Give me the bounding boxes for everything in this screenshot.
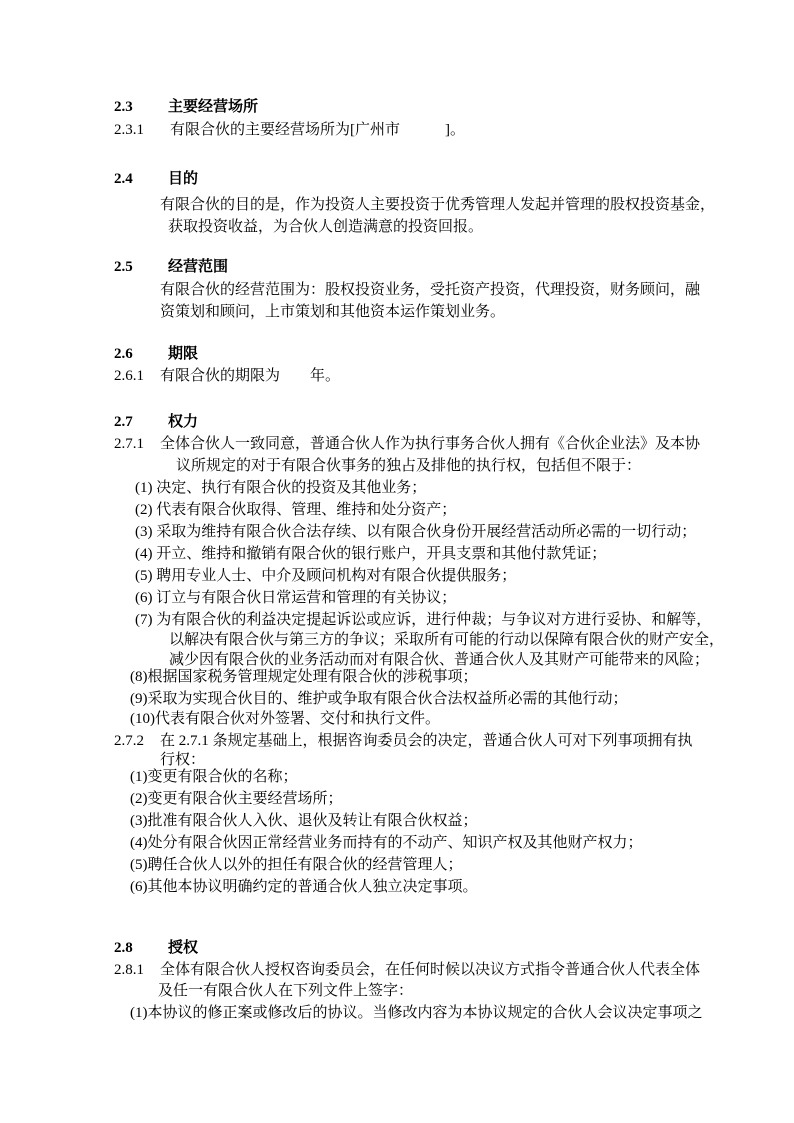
section-number: 2.6 (114, 343, 168, 365)
list-item-2-7-1-10: (10)代表有限合伙对外签署、交付和执行文件。 (130, 708, 440, 730)
list-item-2-8-1-1: (1)本协议的修正案或修改后的协议。当修改内容为本协议规定的合伙人会议决定事项之 (130, 1002, 703, 1024)
list-item-2-7-2-5: (5)聘任合伙人以外的担任有限合伙的经营管理人； (130, 854, 463, 876)
list-item-2-7-1-7-line-2: 以解决有限合伙与第三方的争议；采取所有可能的行动以保障有限合伙的财产安全， (169, 629, 724, 651)
list-item-2-7-1-4: (4) 开立、维持和撤销有限合伙的银行账户，开具支票和其他付款凭证； (135, 543, 606, 565)
paragraph-2-4-line-1: 有限合伙的目的是，作为投资人主要投资于优秀管理人发起并管理的股权投资基金， (160, 194, 715, 216)
clause-2-8-1: 2.8.1全体有限合伙人授权咨询委员会，在任何时候以决议方式指令普通合伙人代表全… (114, 959, 700, 981)
section-2-6-heading: 2.6期限 (114, 343, 198, 365)
section-2-3-heading: 2.3主要经营场所 (114, 96, 258, 118)
section-2-4-heading: 2.4目的 (114, 168, 198, 190)
clause-2-7-1: 2.7.1全体合伙人一致同意，普通合伙人作为执行事务合伙人拥有《合伙企业法》及本… (114, 433, 700, 455)
section-2-8-heading: 2.8授权 (114, 937, 198, 959)
clause-text: 在 2.7.1 条规定基础上，根据咨询委员会的决定，普通合伙人可对下列事项拥有执 (160, 733, 693, 749)
list-item-2-7-2-6: (6)其他本协议明确约定的普通合伙人独立决定事项。 (130, 876, 478, 898)
clause-2-3-1: 2.3.1有限合伙的主要经营场所为[广州市 ]。 (114, 119, 465, 141)
section-number: 2.7 (114, 411, 168, 433)
section-title: 经营范围 (168, 259, 228, 275)
list-item-2-7-2-1: (1)变更有限合伙的名称； (130, 766, 298, 788)
section-title: 权力 (168, 414, 198, 430)
paragraph-2-4-line-2: 获取投资收益，为合伙人创造满意的投资回报。 (168, 216, 483, 238)
list-item-2-7-1-3: (3) 采取为维持有限合伙合法存续、以有限合伙身份开展经营活动所必需的一切行动； (135, 521, 696, 543)
section-number: 2.5 (114, 256, 168, 278)
section-title: 期限 (168, 346, 198, 362)
clause-text: 全体合伙人一致同意，普通合伙人作为执行事务合伙人拥有《合伙企业法》及本协 (160, 436, 700, 452)
clause-number: 2.7.2 (114, 730, 160, 752)
clause-text: 全体有限合伙人授权咨询委员会，在任何时候以决议方式指令普通合伙人代表全体 (160, 962, 700, 978)
list-item-2-7-1-6: (6) 订立与有限合伙日常运营和管理的有关协议； (135, 587, 456, 609)
section-title: 目的 (168, 171, 198, 187)
section-2-5-heading: 2.5经营范围 (114, 256, 228, 278)
section-number: 2.4 (114, 168, 168, 190)
document-page: 2.3主要经营场所 2.3.1有限合伙的主要经营场所为[广州市 ]。 2.4目的… (0, 0, 794, 1123)
list-item-2-7-1-9: (9)采取为实现合伙目的、维护或争取有限合伙合法权益所必需的其他行动； (130, 688, 628, 710)
section-title: 授权 (168, 940, 198, 956)
clause-number: 2.3.1 (114, 119, 170, 141)
list-item-2-7-1-7: (7) 为有限合伙的利益决定提起诉讼或应诉，进行仲裁；与争议对方进行妥协、和解等… (135, 609, 711, 631)
clause-number: 2.6.1 (114, 365, 160, 387)
list-item-2-7-1-8: (8)根据国家税务管理规定处理有限合伙的涉税事项； (130, 666, 478, 688)
list-item-2-7-2-4: (4)处分有限合伙因正常经营业务而持有的不动产、知识产权及其他财产权力； (130, 832, 643, 854)
list-item-2-7-2-2: (2)变更有限合伙主要经营场所； (130, 788, 343, 810)
paragraph-2-5-line-1: 有限合伙的经营范围为：股权投资业务，受托资产投资，代理投资，财务顾问，融 (160, 279, 700, 301)
list-item-2-7-1-1: (1) 决定、执行有限合伙的投资及其他业务； (135, 477, 426, 499)
section-title: 主要经营场所 (168, 99, 258, 115)
section-number: 2.3 (114, 96, 168, 118)
list-item-2-7-1-2: (2) 代表有限合伙取得、管理、维持和处分资产； (135, 499, 456, 521)
section-2-7-heading: 2.7权力 (114, 411, 198, 433)
clause-number: 2.8.1 (114, 959, 160, 981)
paragraph-2-5-line-2: 资策划和顾问，上市策划和其他资本运作策划业务。 (160, 301, 505, 323)
clause-text: 有限合伙的主要经营场所为[广州市 ]。 (170, 122, 465, 138)
clause-text: 有限合伙的期限为 年。 (160, 368, 340, 384)
clause-2-6-1: 2.6.1有限合伙的期限为 年。 (114, 365, 340, 387)
clause-2-8-1-line-2: 及任一有限合伙人在下列文件上签字： (158, 980, 413, 1002)
clause-2-7-1-line-2: 议所规定的对于有限合伙事务的独占及排他的执行权，包括但不限于： (176, 455, 641, 477)
list-item-2-7-1-5: (5) 聘用专业人士、中介及顾问机构对有限合伙提供服务； (135, 565, 516, 587)
list-item-2-7-2-3: (3)批准有限合伙人入伙、退伙及转让有限合伙权益； (130, 810, 478, 832)
section-number: 2.8 (114, 937, 168, 959)
clause-number: 2.7.1 (114, 433, 160, 455)
